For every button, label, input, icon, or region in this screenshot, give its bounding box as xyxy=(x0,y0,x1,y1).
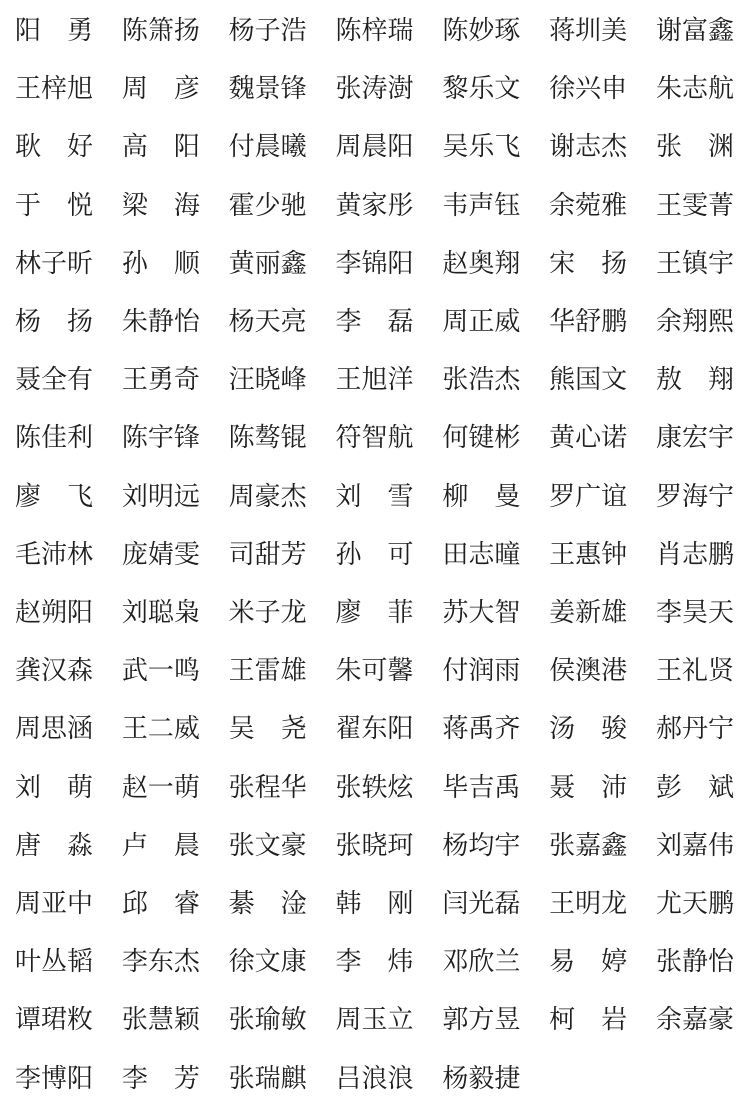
name-item: 赵朔阳 xyxy=(15,584,94,642)
name-item: 李锦阳 xyxy=(335,235,414,293)
name-item: 杨天亮 xyxy=(229,293,308,351)
name-item: 叶丛韬 xyxy=(15,933,94,991)
name-item: 邱 睿 xyxy=(122,875,201,933)
name-item: 朱志航 xyxy=(656,60,735,118)
name-item: 余翔熙 xyxy=(656,293,735,351)
name-item: 谢志杰 xyxy=(549,118,628,176)
name-item: 綦 淦 xyxy=(229,875,308,933)
name-item: 陈佳利 xyxy=(15,409,94,467)
name-item: 高 阳 xyxy=(122,118,201,176)
name-item: 易 婷 xyxy=(549,933,628,991)
name-item: 黄家彤 xyxy=(335,177,414,235)
name-item: 陈宇锋 xyxy=(122,409,201,467)
name-item: 黎乐文 xyxy=(442,60,521,118)
name-item: 李 芳 xyxy=(122,1050,201,1108)
name-item: 康宏宇 xyxy=(656,409,735,467)
name-item: 张瑜敏 xyxy=(229,991,308,1049)
name-item: 罗海宁 xyxy=(656,468,735,526)
name-item: 刘聪枭 xyxy=(122,584,201,642)
name-item: 陈梓瑞 xyxy=(335,2,414,60)
name-item: 韦声钰 xyxy=(442,177,521,235)
name-item: 武一鸣 xyxy=(122,642,201,700)
name-item: 熊国文 xyxy=(549,351,628,409)
name-roster-grid: 阳 勇陈箫扬杨子浩陈梓瑞陈妙琢蒋圳美谢富鑫王梓旭周 彦魏景锋张涛澍黎乐文徐兴申朱… xyxy=(0,0,750,1108)
name-item: 宋 扬 xyxy=(549,235,628,293)
name-item: 李东杰 xyxy=(122,933,201,991)
name-item: 王梓旭 xyxy=(15,60,94,118)
name-item: 彭 斌 xyxy=(656,759,735,817)
name-item: 柯 岩 xyxy=(549,991,628,1049)
name-item: 廖 菲 xyxy=(335,584,414,642)
name-item: 敖 翔 xyxy=(656,351,735,409)
name-item: 王镇宇 xyxy=(656,235,735,293)
name-item: 刘 雪 xyxy=(335,468,414,526)
name-item: 李昊天 xyxy=(656,584,735,642)
name-item: 郭方昱 xyxy=(442,991,521,1049)
name-item: 司甜芳 xyxy=(229,526,308,584)
name-item: 周 彦 xyxy=(122,60,201,118)
name-item: 米子龙 xyxy=(229,584,308,642)
name-item: 朱可馨 xyxy=(335,642,414,700)
name-item: 卢 晨 xyxy=(122,817,201,875)
name-item: 耿 好 xyxy=(15,118,94,176)
name-item: 孙 顺 xyxy=(122,235,201,293)
name-item: 郝丹宁 xyxy=(656,700,735,758)
name-item: 吕浪浪 xyxy=(335,1050,414,1108)
name-item: 张文豪 xyxy=(229,817,308,875)
name-item: 吴 尧 xyxy=(229,700,308,758)
name-item: 聂全有 xyxy=(15,351,94,409)
name-item: 王雷雄 xyxy=(229,642,308,700)
name-item: 毕吉禹 xyxy=(442,759,521,817)
name-item: 徐文康 xyxy=(229,933,308,991)
name-item: 庞婧雯 xyxy=(122,526,201,584)
name-item: 朱静怡 xyxy=(122,293,201,351)
name-item: 吴乐飞 xyxy=(442,118,521,176)
name-item: 张涛澍 xyxy=(335,60,414,118)
name-item: 肖志鹏 xyxy=(656,526,735,584)
name-item: 王勇奇 xyxy=(122,351,201,409)
name-item: 赵奥翔 xyxy=(442,235,521,293)
name-item: 于 悦 xyxy=(15,177,94,235)
name-item: 张瑞麒 xyxy=(229,1050,308,1108)
name-item: 余菀雅 xyxy=(549,177,628,235)
name-item: 黄心诺 xyxy=(549,409,628,467)
name-item: 唐 淼 xyxy=(15,817,94,875)
name-item: 符智航 xyxy=(335,409,414,467)
name-item: 李 磊 xyxy=(335,293,414,351)
name-item: 张嘉鑫 xyxy=(549,817,628,875)
name-item: 杨子浩 xyxy=(229,2,308,60)
name-item: 陈箫扬 xyxy=(122,2,201,60)
name-item: 周正威 xyxy=(442,293,521,351)
name-item: 徐兴申 xyxy=(549,60,628,118)
name-item: 蒋禹齐 xyxy=(442,700,521,758)
name-item: 毛沛林 xyxy=(15,526,94,584)
name-item: 余嘉豪 xyxy=(656,991,735,1049)
name-item: 谢富鑫 xyxy=(656,2,735,60)
name-item: 苏大智 xyxy=(442,584,521,642)
name-item: 杨毅捷 xyxy=(442,1050,521,1108)
name-item: 周思涵 xyxy=(15,700,94,758)
name-item: 侯澳港 xyxy=(549,642,628,700)
name-item: 霍少驰 xyxy=(229,177,308,235)
name-item: 刘嘉伟 xyxy=(656,817,735,875)
name-item: 翟东阳 xyxy=(335,700,414,758)
name-item: 张程华 xyxy=(229,759,308,817)
name-item: 韩 刚 xyxy=(335,875,414,933)
name-item: 王明龙 xyxy=(549,875,628,933)
name-item: 陈骜锟 xyxy=(229,409,308,467)
name-item: 刘明远 xyxy=(122,468,201,526)
name-item: 孙 可 xyxy=(335,526,414,584)
name-item: 张晓珂 xyxy=(335,817,414,875)
name-item: 刘 萌 xyxy=(15,759,94,817)
name-item: 何键彬 xyxy=(442,409,521,467)
name-item: 李 炜 xyxy=(335,933,414,991)
name-item: 梁 海 xyxy=(122,177,201,235)
name-item: 阳 勇 xyxy=(15,2,94,60)
name-item: 张 渊 xyxy=(656,118,735,176)
name-item: 王旭洋 xyxy=(335,351,414,409)
name-item: 王礼贤 xyxy=(656,642,735,700)
name-item: 张轶炫 xyxy=(335,759,414,817)
name-item: 张静怡 xyxy=(656,933,735,991)
name-item: 汪晓峰 xyxy=(229,351,308,409)
name-item: 周豪杰 xyxy=(229,468,308,526)
name-item: 柳 曼 xyxy=(442,468,521,526)
name-item: 周亚中 xyxy=(15,875,94,933)
name-item: 赵一萌 xyxy=(122,759,201,817)
name-item: 谭珺敉 xyxy=(15,991,94,1049)
name-item: 张慧颖 xyxy=(122,991,201,1049)
name-item: 王惠钟 xyxy=(549,526,628,584)
name-item: 尤天鹏 xyxy=(656,875,735,933)
name-item: 龚汉森 xyxy=(15,642,94,700)
name-item: 王二威 xyxy=(122,700,201,758)
name-item: 陈妙琢 xyxy=(442,2,521,60)
name-item: 邓欣兰 xyxy=(442,933,521,991)
name-item: 黄丽鑫 xyxy=(229,235,308,293)
name-item: 王雯菁 xyxy=(656,177,735,235)
name-item: 田志曈 xyxy=(442,526,521,584)
name-item: 汤 骏 xyxy=(549,700,628,758)
name-item: 姜新雄 xyxy=(549,584,628,642)
name-item: 林子昕 xyxy=(15,235,94,293)
name-item: 周晨阳 xyxy=(335,118,414,176)
name-item: 付润雨 xyxy=(442,642,521,700)
name-item: 周玉立 xyxy=(335,991,414,1049)
name-item: 闫光磊 xyxy=(442,875,521,933)
name-item: 廖 飞 xyxy=(15,468,94,526)
name-item: 李博阳 xyxy=(15,1050,94,1108)
name-item: 聂 沛 xyxy=(549,759,628,817)
name-item: 杨 扬 xyxy=(15,293,94,351)
name-item: 华舒鹏 xyxy=(549,293,628,351)
name-item: 魏景锋 xyxy=(229,60,308,118)
name-item: 张浩杰 xyxy=(442,351,521,409)
name-item: 付晨曦 xyxy=(229,118,308,176)
name-item: 杨均宇 xyxy=(442,817,521,875)
name-item: 罗广谊 xyxy=(549,468,628,526)
name-item: 蒋圳美 xyxy=(549,2,628,60)
